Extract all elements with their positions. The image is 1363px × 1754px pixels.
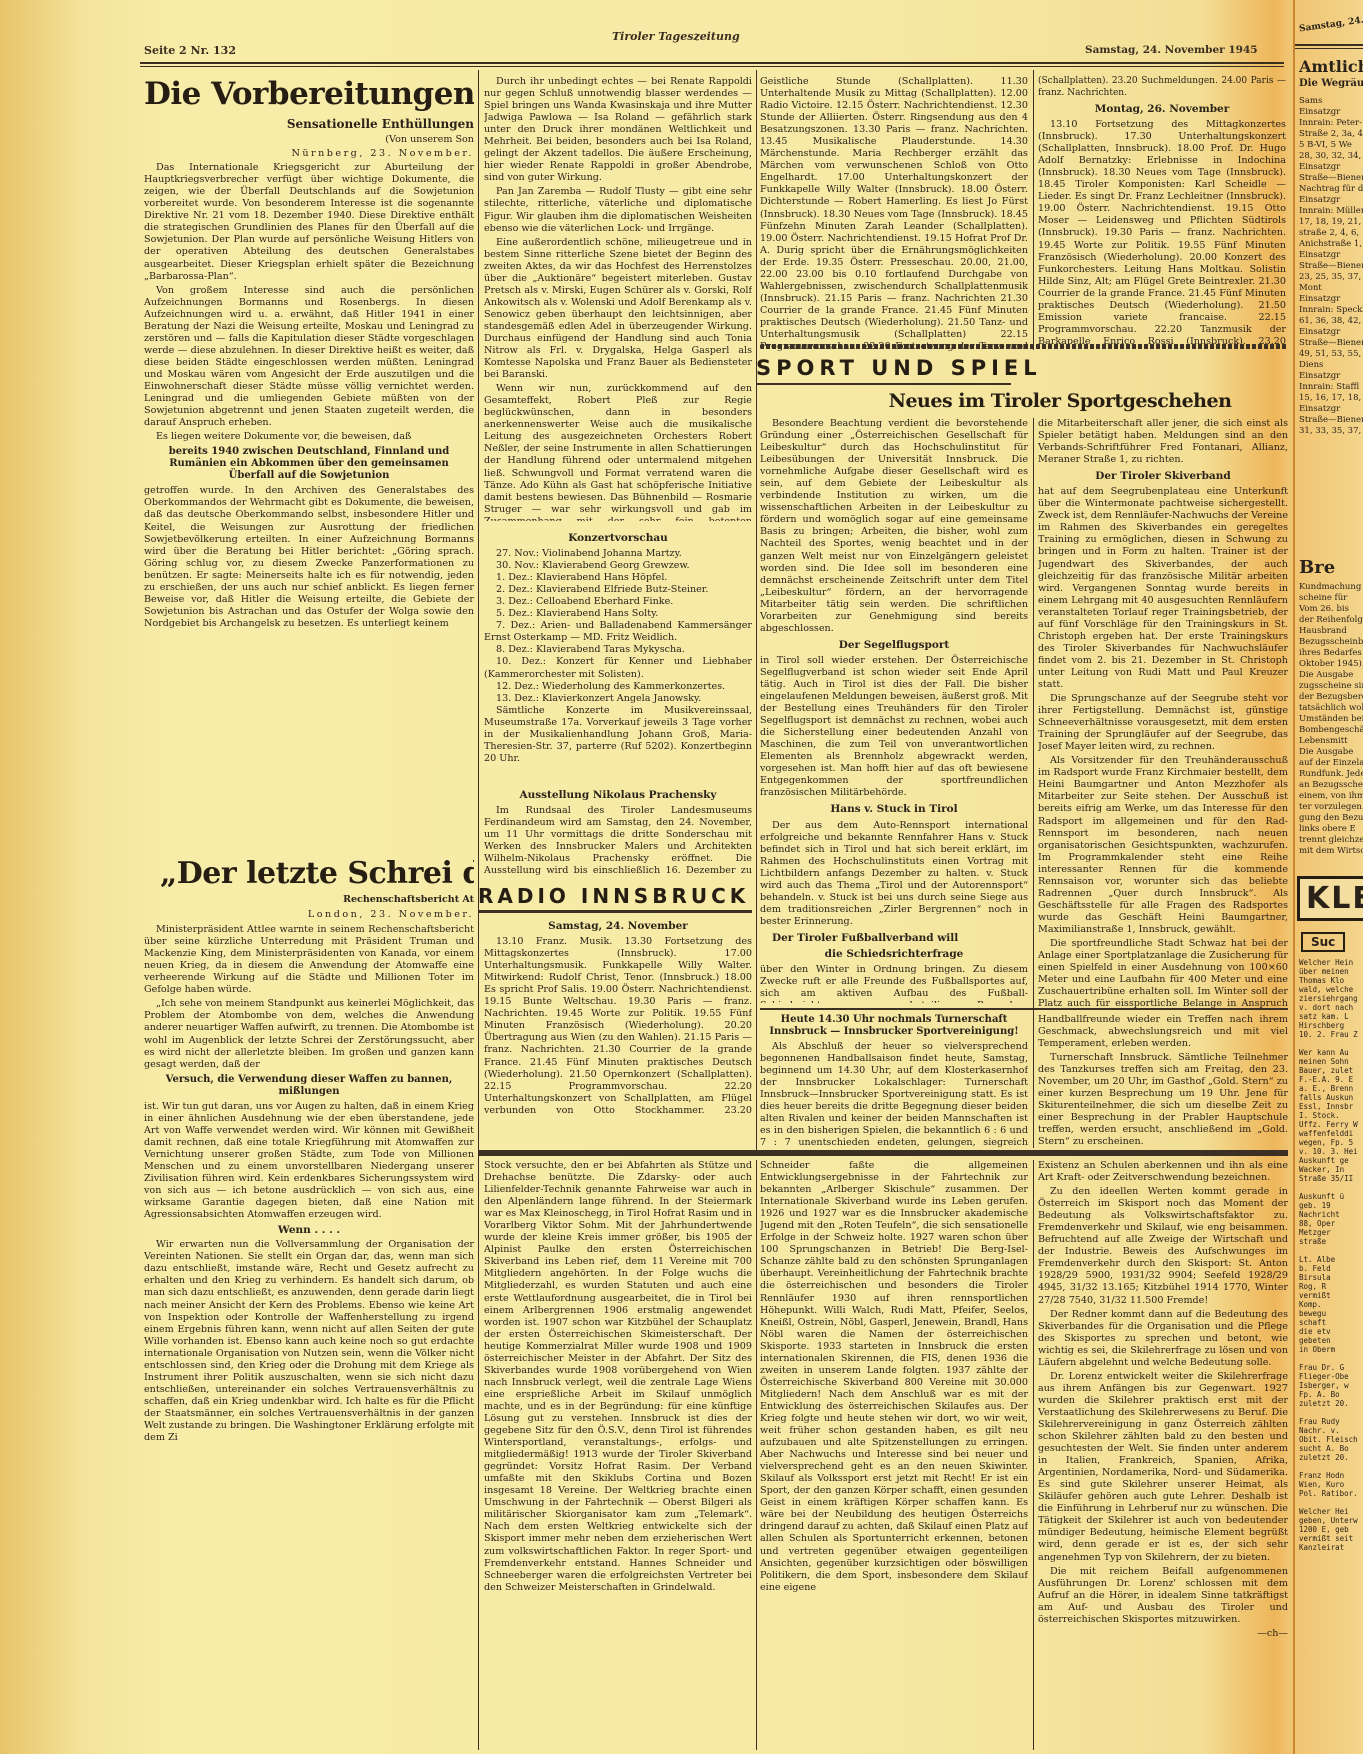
adjacent-section-fragment: Bre bbox=[1299, 558, 1335, 578]
concert-preview: Konzertvorschau 27. Nov.: Violinabend Jo… bbox=[484, 528, 752, 778]
concert-item: 8. Dez.: Klavierabend Taras Mykyscha. bbox=[484, 644, 752, 656]
concert-item: 5. Dez.: Klavierabend Hans Solty. bbox=[484, 608, 752, 620]
paragraph: Zu den ideellen Werten kommt gerade in Ö… bbox=[1038, 1186, 1288, 1306]
paragraph: Wir erwarten nun die Vollversammlung der… bbox=[144, 1239, 474, 1444]
exhibition-text: Im Rundsaal des Tiroler Landesmuseums Fe… bbox=[484, 805, 752, 875]
concert-list: 27. Nov.: Violinabend Johanna Martzy.30.… bbox=[484, 548, 752, 705]
strip-line: Straße—Biener bbox=[1299, 261, 1363, 272]
strip-line: Frau Dr. G bbox=[1299, 1363, 1363, 1372]
sport-col2-top: die Mitarbeiterschaft aller jener, die s… bbox=[1038, 418, 1288, 466]
paragraph: Die Sprungschanze auf der Seegrube steht… bbox=[1038, 693, 1288, 753]
strip-line: 88, Oper bbox=[1299, 1219, 1363, 1228]
headline-last-cry: „Der letzte Schrei d bbox=[160, 856, 474, 891]
strip-line: Birsula bbox=[1299, 1273, 1363, 1282]
strip-line: Essl, Innsbr bbox=[1299, 1102, 1363, 1111]
concert-item: 13. Dez.: Klavierkonzert Angela Janowsky… bbox=[484, 693, 752, 705]
strip-line bbox=[1299, 1354, 1363, 1363]
radio-title-rule bbox=[478, 910, 752, 913]
football-title-2: die Schiedsrichterfrage bbox=[760, 948, 1028, 960]
paragraph: getroffen wurde. In den Archiven des Gen… bbox=[144, 485, 474, 630]
radio-program-saturday: 13.10 Franz. Musik. 13.30 Fortsetzung de… bbox=[484, 936, 752, 1116]
paragraph: Existenz an Schulen aberkennen und ihn a… bbox=[1038, 1160, 1288, 1184]
paragraph: Von großem Interesse sind auch die persö… bbox=[144, 285, 474, 430]
paragraph: ist. Wir tun gut daran, uns vor Augen zu… bbox=[144, 1101, 474, 1221]
strip-line: F.-E.A. 9. E bbox=[1299, 1075, 1363, 1084]
adjacent-kundmachung-lines: Kundmachung üscheine fürVom 26. bisder R… bbox=[1299, 582, 1363, 862]
strip-line: Einsatzgr bbox=[1299, 107, 1363, 118]
strip-line: ter vorzulegen. bbox=[1299, 802, 1363, 813]
ski-history-col2: Schneider faßte die allgemeinen Entwickl… bbox=[760, 1160, 1028, 1750]
strip-line: Lt. Albe bbox=[1299, 1255, 1363, 1264]
strip-line: über meinen bbox=[1299, 967, 1363, 976]
sport-headline: Neues im Tiroler Sportgeschehen bbox=[860, 390, 1260, 412]
strip-line: v. 10. 3. Hei bbox=[1299, 1147, 1363, 1156]
strip-line: Die Ausgabe bbox=[1299, 747, 1363, 758]
strip-line: trennt gleichzeiti bbox=[1299, 835, 1363, 846]
column-divider bbox=[1033, 1160, 1034, 1750]
strip-line: 49, 51, 53, 55, bbox=[1299, 349, 1363, 360]
paragraph: Besondere Beachtung verdient die bevorst… bbox=[760, 418, 1028, 635]
strip-line: Bezugsscheinber bbox=[1299, 637, 1363, 648]
strip-line: vermißt seit bbox=[1299, 1534, 1363, 1543]
strip-line: straße bbox=[1299, 1237, 1363, 1246]
strip-line: zuletzt 20. bbox=[1299, 1399, 1363, 1408]
paragraph: Stock versuchte, den er bei Abfahrten al… bbox=[484, 1160, 752, 1594]
paragraph: Wenn wir nun, zurückkommend auf den Gesa… bbox=[484, 383, 752, 521]
strip-line: vermißt bbox=[1299, 1291, 1363, 1300]
strip-line: die etv bbox=[1299, 1327, 1363, 1336]
exhibition-title: Ausstellung Nikolaus Prachensky bbox=[484, 789, 752, 801]
strip-line bbox=[1299, 1462, 1363, 1471]
strip-line: scheine für bbox=[1299, 593, 1363, 604]
headline-preparations: Die Vorbereitungen des An bbox=[144, 76, 474, 112]
strip-line: Straße—Biener bbox=[1299, 415, 1363, 426]
adjacent-subheadline: Die Wegräum bbox=[1299, 78, 1363, 89]
bold-callout: Versuch, die Verwendung dieser Waffen zu… bbox=[150, 1074, 468, 1098]
strip-line: 61, 36, 38, 42, bbox=[1299, 316, 1363, 327]
strip-line: wald, welche bbox=[1299, 985, 1363, 994]
paragraph: Schneider faßte die allgemeinen Entwickl… bbox=[760, 1160, 1028, 1594]
strip-line: Rundfunk. Jede bbox=[1299, 769, 1363, 780]
strip-line: 28, 30, 32, 34, bbox=[1299, 151, 1363, 162]
paper-name: Tiroler Tageszeitung bbox=[612, 30, 740, 43]
strip-line bbox=[1299, 1246, 1363, 1255]
strip-line: Wer kann Au bbox=[1299, 1048, 1363, 1057]
strip-line: der Bezugsberec bbox=[1299, 692, 1363, 703]
paragraph: Durch ihr unbedingt echtes — bei Renate … bbox=[484, 76, 752, 184]
strip-line: Straße—Biener bbox=[1299, 338, 1363, 349]
strip-line: Nachr. v. bbox=[1299, 1426, 1363, 1435]
page-number-label: Seite 2 Nr. 132 bbox=[144, 44, 236, 57]
section-label-wenn: Wenn . . . . bbox=[144, 1224, 474, 1236]
strip-line: Uffz. Ferry W bbox=[1299, 1120, 1363, 1129]
strip-line: zugsscheine sind bbox=[1299, 681, 1363, 692]
strip-line bbox=[1299, 1039, 1363, 1048]
strip-line: Welcher Hei bbox=[1299, 1507, 1363, 1516]
gliding-text: in Tirol soll wieder erstehen. Der Öster… bbox=[760, 655, 1028, 800]
strip-line: Innrain: Staffl bbox=[1299, 382, 1363, 393]
concert-item: 7. Dez.: Arien- und Balladenabend Kammer… bbox=[484, 620, 752, 644]
classified-ads: Welcher Heinüber meinenThomas Klowald, w… bbox=[1299, 958, 1363, 1748]
strip-line: Rog, R bbox=[1299, 1282, 1363, 1291]
strip-line: auf der Einzelab bbox=[1299, 758, 1363, 769]
handball-cont: Handballfreunde wieder ein Treffen nach … bbox=[1038, 1014, 1288, 1050]
strip-line: 10. 2. Frau Z bbox=[1299, 1030, 1363, 1039]
dateline-nuernberg: Nürnberg, 23. November. bbox=[144, 148, 474, 160]
concert-item: 30. Nov.: Klavierabend Georg Grewzew. bbox=[484, 560, 752, 572]
strip-line: bewegu bbox=[1299, 1309, 1363, 1318]
strip-line: Hirschberg bbox=[1299, 1021, 1363, 1030]
subheadline-last-cry: Rechenschaftsbericht At bbox=[144, 894, 474, 906]
strip-line bbox=[1299, 1498, 1363, 1507]
subheadline-preparations: Sensationelle Enthüllungen bbox=[144, 118, 474, 130]
radio-program-sunday-end: (Schallplatten). 23.20 Suchmeldungen. 24… bbox=[1038, 76, 1286, 99]
strip-line: meinen Sohn bbox=[1299, 1057, 1363, 1066]
radio-day-monday: Montag, 26. November bbox=[1038, 103, 1286, 115]
strip-line: Wien, Kuro bbox=[1299, 1480, 1363, 1489]
strip-line: Franz Hodn bbox=[1299, 1471, 1363, 1480]
adjacent-headline: Amtliche bbox=[1299, 58, 1363, 76]
stuck-text: Der aus dem Auto-Rennsport international… bbox=[760, 820, 1028, 928]
paragraph: „Ich sehe von meinem Standpunkt aus kein… bbox=[144, 998, 474, 1070]
strip-line: Oktober 1945). bbox=[1299, 659, 1363, 670]
concert-item: 12. Dez.: Wiederholung des Kammerkonzert… bbox=[484, 681, 752, 693]
ski-history-col3: Existenz an Schulen aberkennen und ihn a… bbox=[1038, 1160, 1288, 1750]
paragraph: Dr. Lorenz entwickelt weiter die Skilehr… bbox=[1038, 1371, 1288, 1564]
adjacent-date: Samstag, 24. bbox=[1299, 16, 1363, 36]
strip-line: Frau Rudy bbox=[1299, 1417, 1363, 1426]
strip-line: Umständen bei bbox=[1299, 714, 1363, 725]
strip-line: Thomas Klo bbox=[1299, 976, 1363, 985]
paragraph: Eine außerordentlich schöne, milieugetre… bbox=[484, 237, 752, 382]
theater-review: Durch ihr unbedingt echtes — bei Renate … bbox=[484, 76, 752, 521]
strip-line: gung den Bezug bbox=[1299, 813, 1363, 824]
strip-line: Fp. A. Bo bbox=[1299, 1390, 1363, 1399]
strip-line: satz kam. L bbox=[1299, 1012, 1363, 1021]
strip-line: wegen, Fp. 5 bbox=[1299, 1138, 1363, 1147]
strip-line: Obit. Fleisch bbox=[1299, 1435, 1363, 1444]
strip-line: schaft bbox=[1299, 1318, 1363, 1327]
turnerschaft-notice: Turnerschaft Innsbruck. Sämtliche Teilne… bbox=[1038, 1052, 1288, 1148]
strip-line: in Oberm bbox=[1299, 1345, 1363, 1354]
sport-col2: die Mitarbeiterschaft aller jener, die s… bbox=[1038, 418, 1288, 1008]
strip-line: einem, von ihm bbox=[1299, 791, 1363, 802]
strip-line: Die Ausgabe bbox=[1299, 670, 1363, 681]
strip-line: Nachricht bbox=[1299, 1210, 1363, 1219]
strip-line: Metzger bbox=[1299, 1228, 1363, 1237]
concert-preview-title: Konzertvorschau bbox=[484, 532, 752, 544]
concert-item: 2. Dez.: Klavierabend Elfriede Butz-Stei… bbox=[484, 584, 752, 596]
strip-line: 23, 25, 35, 37, bbox=[1299, 272, 1363, 283]
stuck-title: Hans v. Stuck in Tirol bbox=[760, 803, 1028, 815]
strip-line: Kundmachung ü bbox=[1299, 582, 1363, 593]
strip-line: 5 B-VI, 5 We bbox=[1299, 140, 1363, 151]
strip-line: Einsatzgr bbox=[1299, 250, 1363, 261]
strip-line: Einsatzgr bbox=[1299, 371, 1363, 382]
radio-day-saturday: Samstag, 24. November bbox=[484, 920, 752, 932]
strip-line: Einsatzgr bbox=[1299, 294, 1363, 305]
strip-line: Auskunft ü bbox=[1299, 1192, 1363, 1201]
strip-line: Lebensmitt bbox=[1299, 736, 1363, 747]
paragraph: Die sportfreundliche Stadt Schwaz hat be… bbox=[1038, 938, 1288, 1008]
radio-section-title: RADIO INNSBRUCK bbox=[478, 884, 749, 908]
sport-section-title: SPORT UND SPIEL bbox=[756, 356, 1042, 380]
football-text: über den Winter in Ordnung bringen. Zu d… bbox=[760, 964, 1028, 1003]
strip-line: 15, 16, 17, 18, bbox=[1299, 393, 1363, 404]
radio-schedule-col4: (Schallplatten). 23.20 Suchmeldungen. 24… bbox=[1038, 76, 1286, 346]
radio-program-monday: 13.10 Fortsetzung des Mittagkonzertes (I… bbox=[1038, 119, 1286, 346]
strip-line: Diens bbox=[1299, 360, 1363, 371]
strip-line: Nachtrag für d bbox=[1299, 184, 1363, 195]
issue-date: Samstag, 24. November 1945 bbox=[1085, 44, 1258, 56]
strip-line: Anichstraße 1, 3 bbox=[1299, 239, 1363, 250]
strip-line: Einsatzgr bbox=[1299, 404, 1363, 415]
column-divider bbox=[756, 1160, 757, 1750]
strip-line: Straße 2, 3a, 4 bbox=[1299, 129, 1363, 140]
strip-line: Isberger, w bbox=[1299, 1381, 1363, 1390]
strip-line: an Bezugsschei bbox=[1299, 780, 1363, 791]
strip-line: Innrain: Müller bbox=[1299, 206, 1363, 217]
strip-line: Flieger-Obe bbox=[1299, 1372, 1363, 1381]
strip-line: Welcher Hein bbox=[1299, 958, 1363, 967]
concert-item: 1. Dez.: Klavierabend Hans Höpfel. bbox=[484, 572, 752, 584]
radio-schedule-col2: Samstag, 24. November 13.10 Franz. Musik… bbox=[484, 916, 752, 1116]
strip-line: Pol. Ratibor. bbox=[1299, 1489, 1363, 1498]
strip-line: straße 2, 4, 6, bbox=[1299, 228, 1363, 239]
handball-text: Als Abschluß der heuer so vielverspreche… bbox=[760, 1041, 1028, 1149]
strip-line: Auskunft ge bbox=[1299, 1156, 1363, 1165]
adjacent-rule bbox=[1295, 44, 1363, 49]
strip-line: Hausbrand bbox=[1299, 626, 1363, 637]
column-divider bbox=[1033, 70, 1034, 350]
strip-line: 1200 E, geb bbox=[1299, 1525, 1363, 1534]
strip-line: falls Auskun bbox=[1299, 1093, 1363, 1102]
strip-line: Bombengeschädi bbox=[1299, 725, 1363, 736]
strip-line: gebeten bbox=[1299, 1336, 1363, 1345]
concert-item: 27. Nov.: Violinabend Johanna Martzy. bbox=[484, 548, 752, 560]
strip-line: Komp. bbox=[1299, 1300, 1363, 1309]
strip-line: zuletzt 20. bbox=[1299, 1453, 1363, 1462]
adjacent-page-strip: Samstag, 24. Amtliche Die Wegräum SamsEi… bbox=[1293, 0, 1363, 1754]
strip-line: sucht A. Bo bbox=[1299, 1444, 1363, 1453]
paragraph: Die mit reichem Beifall aufgenommenen Au… bbox=[1038, 1566, 1288, 1626]
strip-line: Sams bbox=[1299, 96, 1363, 107]
strip-line: Einsatzgr bbox=[1299, 195, 1363, 206]
paragraph: Pan Jan Zaremba — Rudolf Tlusty — gibt e… bbox=[484, 186, 752, 234]
concert-footer: Sämtliche Konzerte im Musikvereinssaal, … bbox=[484, 705, 752, 765]
strip-line: waffenfelddi bbox=[1299, 1129, 1363, 1138]
radio-schedule-col3: Geistliche Stunde (Schallplatten). 11.30… bbox=[760, 76, 1028, 351]
paragraph: Das Internationale Kriegsgericht zur Abu… bbox=[144, 162, 474, 282]
concert-item: 10. Dez.: Konzert für Kenner und Liebhab… bbox=[484, 656, 752, 680]
exhibition-notice: Ausstellung Nikolaus Prachensky Im Runds… bbox=[484, 785, 752, 875]
concert-item: 3. Dez.: Celloabend Eberhard Finke. bbox=[484, 596, 752, 608]
classified-box: KLE bbox=[1297, 876, 1363, 921]
strip-line bbox=[1299, 1408, 1363, 1417]
section-divider-thick bbox=[478, 1150, 1288, 1156]
strip-line: Mont bbox=[1299, 283, 1363, 294]
strip-line: mit dem Wirtsch bbox=[1299, 846, 1363, 857]
strip-line: Einsatzgr bbox=[1299, 327, 1363, 338]
strip-line: Innrain: Peter- bbox=[1299, 118, 1363, 129]
strip-line: v. dort nach bbox=[1299, 1003, 1363, 1012]
strip-line: Innrain: Speckb bbox=[1299, 305, 1363, 316]
strip-line: links obere E bbox=[1299, 824, 1363, 835]
strip-line: I. Stock. bbox=[1299, 1111, 1363, 1120]
strip-line: Straße—Biener bbox=[1299, 173, 1363, 184]
strip-line: geben, Unterw bbox=[1299, 1516, 1363, 1525]
paragraph: Ministerpräsident Attlee warnte in seine… bbox=[144, 924, 474, 996]
sport-col1: Besondere Beachtung verdient die bevorst… bbox=[760, 418, 1028, 1003]
section-divider bbox=[760, 1008, 1288, 1010]
ski-history-col1: Stock versuchte, den er bei Abfahrten al… bbox=[484, 1160, 752, 1750]
byline: (Von unserem Son bbox=[144, 134, 474, 146]
strip-line: ziersiehrgang bbox=[1299, 994, 1363, 1003]
handball-article: Heute 14.30 Uhr nochmals Turnerschaft In… bbox=[760, 1014, 1028, 1149]
strip-line bbox=[1299, 1183, 1363, 1192]
gliding-title: Der Segelflugsport bbox=[760, 639, 1028, 651]
signature: —ch— bbox=[1038, 1628, 1288, 1640]
article-preparations: Sensationelle Enthüllungen (Von unserem … bbox=[144, 114, 474, 854]
sport-title-rule bbox=[756, 383, 1011, 385]
strip-line: 31, 33, 35, 37, bbox=[1299, 426, 1363, 437]
column-divider bbox=[756, 70, 757, 1150]
bold-callout: bereits 1940 zwischen Deutschland, Finnl… bbox=[150, 446, 468, 482]
ski-association-title: Der Tiroler Skiverband bbox=[1038, 470, 1288, 482]
strip-line: Kanzleirat bbox=[1299, 1543, 1363, 1552]
strip-line: der Reihenfolg bbox=[1299, 615, 1363, 626]
strip-line: b. Feld bbox=[1299, 1264, 1363, 1273]
strip-line: ihres Bedarfes bbox=[1299, 648, 1363, 659]
masthead-rule bbox=[140, 62, 1284, 67]
football-title-1: Der Tiroler Fußballverband will bbox=[760, 932, 1028, 944]
dateline-london: London, 23. November. bbox=[144, 909, 474, 921]
strip-line: Straße 35/II bbox=[1299, 1174, 1363, 1183]
strip-line: Bauer, zulet bbox=[1299, 1066, 1363, 1075]
strip-line: a. E., Brenn bbox=[1299, 1084, 1363, 1093]
strip-line: Wacker, In bbox=[1299, 1165, 1363, 1174]
strip-line: Einsatzgr bbox=[1299, 162, 1363, 173]
newspaper-page: Seite 2 Nr. 132 Tiroler Tageszeitung Sam… bbox=[0, 0, 1363, 1754]
sport-notices: Handballfreunde wieder ein Treffen nach … bbox=[1038, 1014, 1288, 1149]
strip-line: geb. 19 bbox=[1299, 1201, 1363, 1210]
section-divider-wavy bbox=[760, 344, 1288, 349]
radio-program-sunday-cont: Geistliche Stunde (Schallplatten). 11.30… bbox=[760, 76, 1028, 351]
paragraph: Es liegen weitere Dokumente vor, die bew… bbox=[144, 431, 474, 443]
paragraph: Als Vorsitzender für den Treuhänderaussc… bbox=[1038, 755, 1288, 936]
handball-headline: Heute 14.30 Uhr nochmals Turnerschaft In… bbox=[760, 1014, 1028, 1038]
classified-search-box: Suc bbox=[1301, 932, 1345, 952]
column-divider bbox=[1033, 418, 1034, 1148]
strip-line: 17, 18, 19, 21, bbox=[1299, 217, 1363, 228]
paragraph: Der Redner kommt dann auf die Bedeutung … bbox=[1038, 1309, 1288, 1369]
adjacent-notice-lines: SamsEinsatzgrInnrain: Peter-Straße 2, 3a… bbox=[1299, 96, 1363, 556]
strip-line: tatsächlich wohn bbox=[1299, 703, 1363, 714]
paragraph: hat auf dem Seegrubenplateau eine Unterk… bbox=[1038, 486, 1288, 691]
strip-line: Vom 26. bis bbox=[1299, 604, 1363, 615]
article-last-cry: Rechenschaftsbericht At London, 23. Nove… bbox=[144, 894, 474, 1754]
